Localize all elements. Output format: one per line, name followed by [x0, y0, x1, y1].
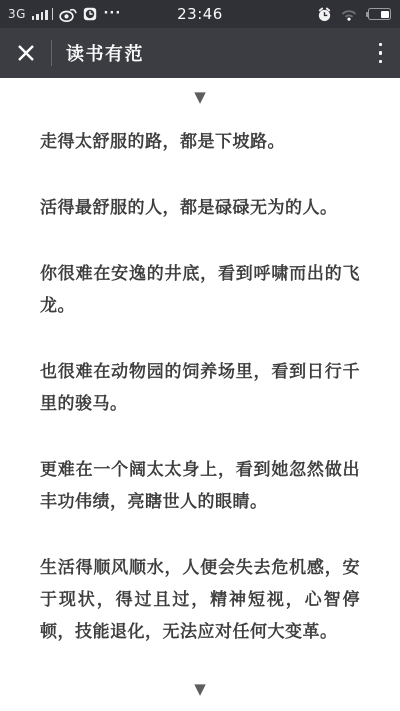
battery-icon [366, 8, 392, 20]
clock-app-icon [83, 7, 97, 21]
nav-divider [51, 40, 52, 66]
article-content: ▼ 走得太舒服的路，都是下坡路。 活得最舒服的人，都是碌碌无为的人。 你很难在安… [0, 78, 400, 696]
article-paragraph: 活得最舒服的人，都是碌碌无为的人。 [40, 192, 360, 224]
nav-bar: 读书有范 [0, 28, 400, 78]
close-icon[interactable] [16, 43, 36, 63]
more-notifications-icon: ··· [103, 9, 121, 19]
status-bar-right [317, 7, 392, 22]
article-paragraph: 生活得顺风顺水，人便会失去危机感，安于现状，得过且过，精神短视，心智停顿，技能退… [40, 552, 360, 648]
signal-strength-icon [32, 8, 54, 20]
weibo-icon [59, 7, 77, 22]
section-divider-bottom-icon: ▼ [40, 682, 360, 696]
article-paragraph: 也很难在动物园的饲养场里，看到日行千里的骏马。 [40, 356, 360, 420]
network-type-label: 3G [8, 7, 26, 21]
wifi-icon [340, 8, 358, 21]
article-paragraph: 更难在一个阔太太身上，看到她忽然做出丰功伟绩，亮瞎世人的眼睛。 [40, 454, 360, 518]
article-paragraph: 你很难在安逸的井底，看到呼啸而出的飞龙。 [40, 258, 360, 322]
section-divider-top-icon: ▼ [40, 90, 360, 104]
status-bar-left: 3G ··· [8, 7, 121, 22]
page-title: 读书有范 [66, 40, 144, 66]
kebab-menu-icon[interactable] [377, 39, 385, 68]
status-bar: 3G ··· 23:46 [0, 0, 400, 28]
article-paragraph: 走得太舒服的路，都是下坡路。 [40, 126, 360, 158]
alarm-clock-icon [317, 7, 332, 22]
